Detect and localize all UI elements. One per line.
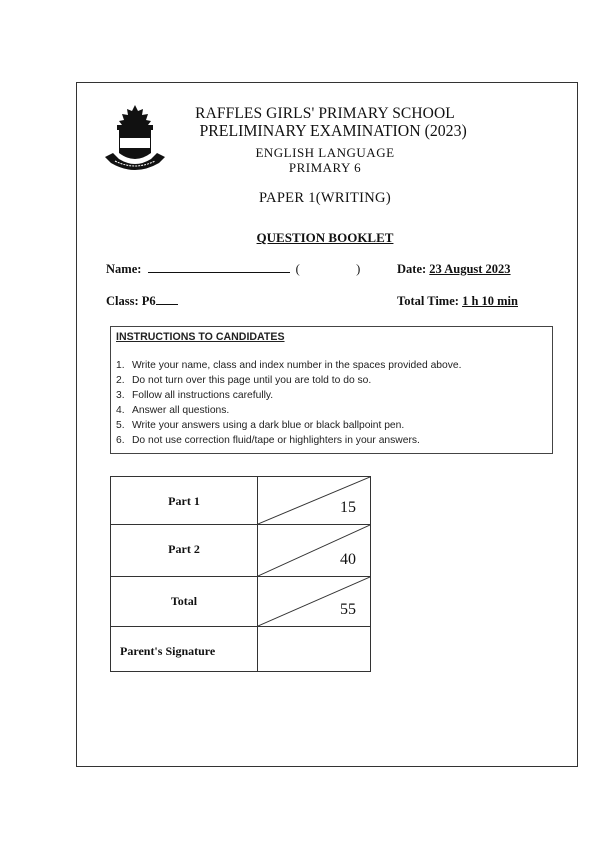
row-label: Part 1 bbox=[111, 477, 258, 525]
subject: ENGLISH LANGUAGE bbox=[190, 145, 460, 161]
instructions-list: 1.Write your name, class and index numbe… bbox=[116, 358, 462, 448]
score-cell-part1[interactable]: 15 bbox=[258, 477, 371, 525]
instructions-title: INSTRUCTIONS TO CANDIDATES bbox=[116, 331, 285, 343]
name-label: Name: bbox=[106, 262, 141, 276]
row-label: Total bbox=[111, 577, 258, 627]
class-input-line[interactable] bbox=[156, 304, 178, 305]
signature-cell[interactable] bbox=[258, 627, 371, 672]
instruction-item: 6.Do not use correction fluid/tape or hi… bbox=[116, 433, 462, 448]
time-value: 1 h 10 min bbox=[462, 294, 518, 308]
table-row: Part 2 40 bbox=[111, 525, 371, 577]
exam-title: PRELIMINARY EXAMINATION (2023) bbox=[199, 121, 450, 141]
instruction-item: 4.Answer all questions. bbox=[116, 403, 462, 418]
date-field: Date: 23 August 2023 bbox=[397, 262, 511, 277]
table-row: Part 1 15 bbox=[111, 477, 371, 525]
table-row: Total 55 bbox=[111, 577, 371, 627]
instruction-item: 5.Write your answers using a dark blue o… bbox=[116, 418, 462, 433]
marks-table: Part 1 15 Part 2 40 Total 55 Parent's Si… bbox=[110, 476, 371, 672]
table-row: Parent's Signature bbox=[111, 627, 371, 672]
time-field: Total Time: 1 h 10 min bbox=[397, 294, 518, 309]
class-label: Class: P6 bbox=[106, 294, 156, 308]
name-field[interactable]: Name: ( ) bbox=[106, 262, 360, 277]
max-mark: 40 bbox=[340, 551, 356, 569]
score-cell-part2[interactable]: 40 bbox=[258, 525, 371, 577]
paper-title: PAPER 1(WRITING) bbox=[190, 190, 460, 207]
max-mark: 55 bbox=[340, 601, 356, 619]
name-input-line[interactable] bbox=[148, 272, 290, 273]
score-cell-total[interactable]: 55 bbox=[258, 577, 371, 627]
instruction-item: 1.Write your name, class and index numbe… bbox=[116, 358, 462, 373]
date-value: 23 August 2023 bbox=[429, 262, 510, 276]
instructions-box: INSTRUCTIONS TO CANDIDATES 1.Write your … bbox=[110, 326, 553, 454]
school-crest-icon bbox=[99, 103, 171, 175]
time-label: Total Time: bbox=[397, 294, 459, 308]
index-open: ( bbox=[296, 262, 300, 276]
max-mark: 15 bbox=[340, 499, 356, 517]
instruction-item: 3.Follow all instructions carefully. bbox=[116, 388, 462, 403]
instruction-item: 2.Do not turn over this page until you a… bbox=[116, 373, 462, 388]
index-close: ) bbox=[356, 262, 360, 276]
booklet-title: QUESTION BOOKLET bbox=[0, 230, 600, 246]
row-label: Part 2 bbox=[111, 525, 258, 577]
class-field[interactable]: Class: P6 bbox=[106, 294, 178, 309]
level: PRIMARY 6 bbox=[190, 160, 460, 176]
date-label: Date: bbox=[397, 262, 426, 276]
row-label: Parent's Signature bbox=[111, 627, 258, 672]
